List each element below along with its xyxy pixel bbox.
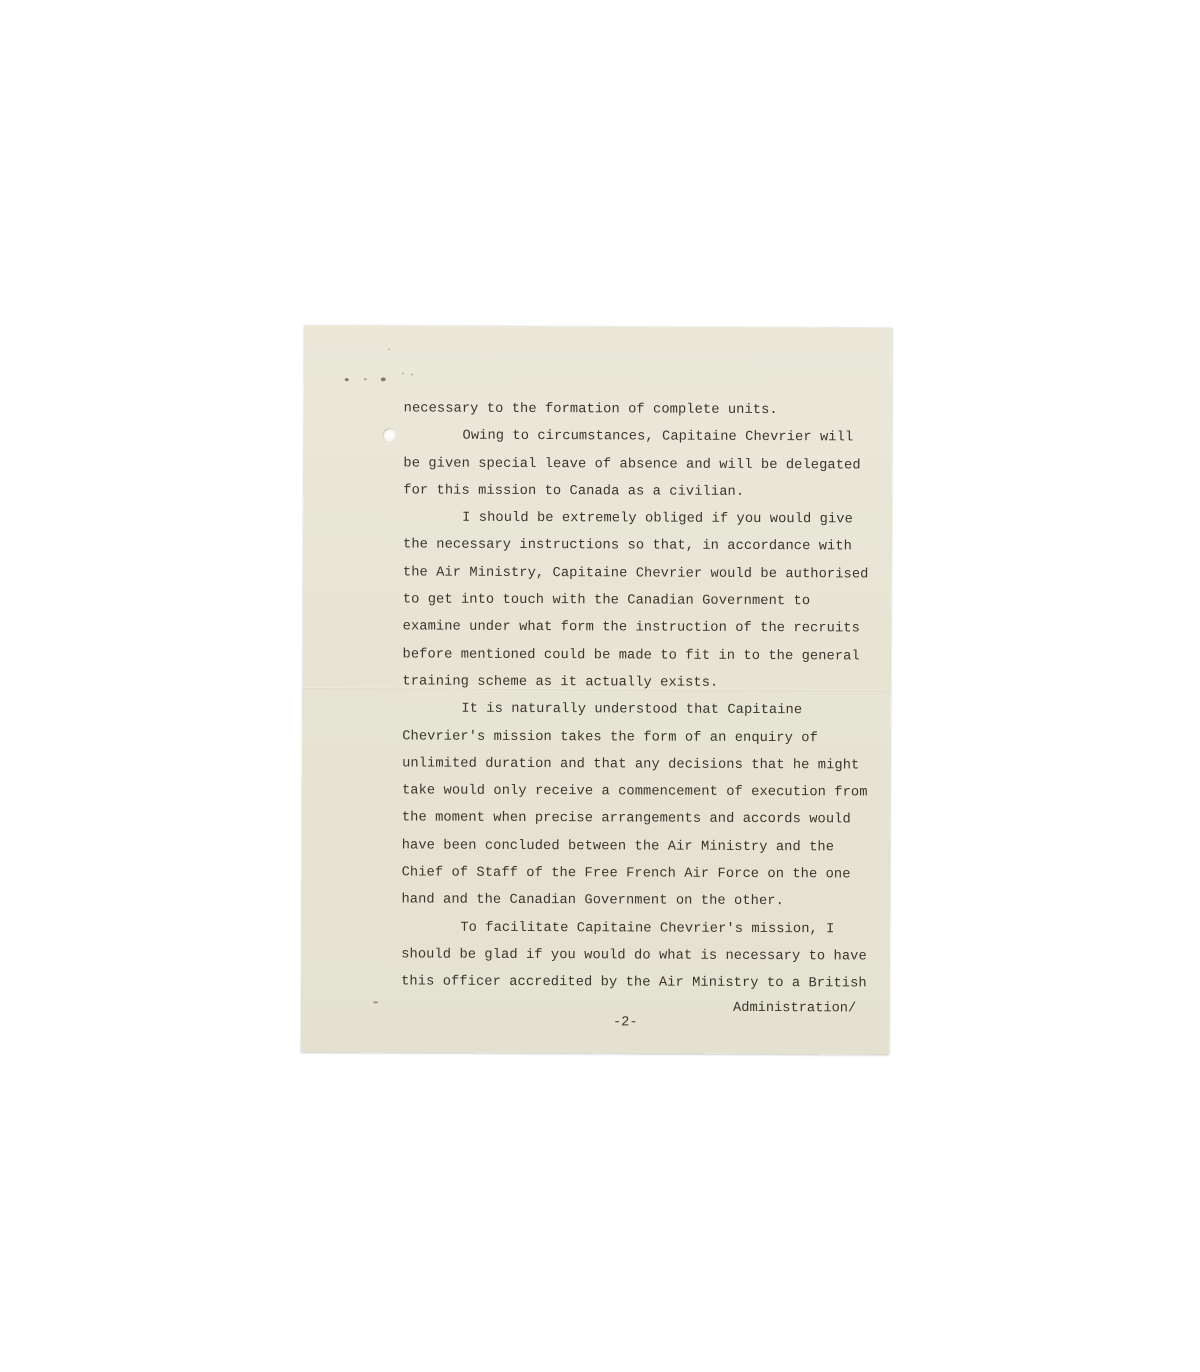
paragraph-line: the moment when precise arrangements and…: [402, 805, 882, 834]
ink-speck: [411, 373, 413, 375]
paragraph-line: examine under what form the instruction …: [403, 614, 883, 643]
paragraph-first-line: Owing to circumstances, Capitaine Chevri…: [403, 423, 883, 452]
paragraph-line: hand and the Canadian Government on the …: [401, 887, 881, 916]
paragraph-line: should be glad if you would do what is n…: [401, 941, 881, 970]
page-number: -2-: [613, 1015, 638, 1030]
paragraph-line: this officer accredited by the Air Minis…: [401, 969, 881, 998]
punch-hole: [382, 428, 395, 441]
paragraph-line: Chevrier's mission takes the form of an …: [402, 723, 882, 752]
paragraph-line: Chief of Staff of the Free French Air Fo…: [402, 859, 882, 888]
ink-speck: [381, 377, 386, 381]
paragraph-first-line: I should be extremely obliged if you wou…: [403, 505, 883, 534]
ink-speck: [388, 348, 390, 350]
paragraph-line: for this mission to Canada as a civilian…: [403, 477, 883, 506]
paragraph-line: before mentioned could be made to fit in…: [403, 641, 883, 670]
letter-body: necessary to the formation of complete u…: [401, 395, 884, 998]
paragraph-line: the necessary instructions so that, in a…: [403, 532, 883, 561]
ink-speck: [364, 378, 367, 380]
paragraph-line: be given special leave of absence and wi…: [403, 450, 883, 479]
paragraph-line: unlimited duration and that any decision…: [402, 750, 882, 779]
ink-speck: [373, 1001, 378, 1003]
paragraph-first-line: It is naturally understood that Capitain…: [402, 696, 882, 725]
paragraph-line: have been concluded between the Air Mini…: [402, 832, 882, 861]
paragraph-line: to get into touch with the Canadian Gove…: [403, 587, 883, 616]
paragraph-first-line: necessary to the formation of complete u…: [404, 395, 884, 424]
paragraph-line: training scheme as it actually exists.: [402, 668, 882, 697]
catchword: Administration/: [733, 1001, 856, 1017]
paragraph-first-line: To facilitate Capitaine Chevrier's missi…: [401, 914, 881, 943]
paragraph-line: take would only receive a commencement o…: [402, 778, 882, 807]
letter-page: necessary to the formation of complete u…: [301, 325, 892, 1055]
ink-speck: [345, 378, 349, 381]
paragraph-line: the Air Ministry, Capitaine Chevrier wou…: [403, 559, 883, 588]
ink-speck: [402, 372, 404, 374]
